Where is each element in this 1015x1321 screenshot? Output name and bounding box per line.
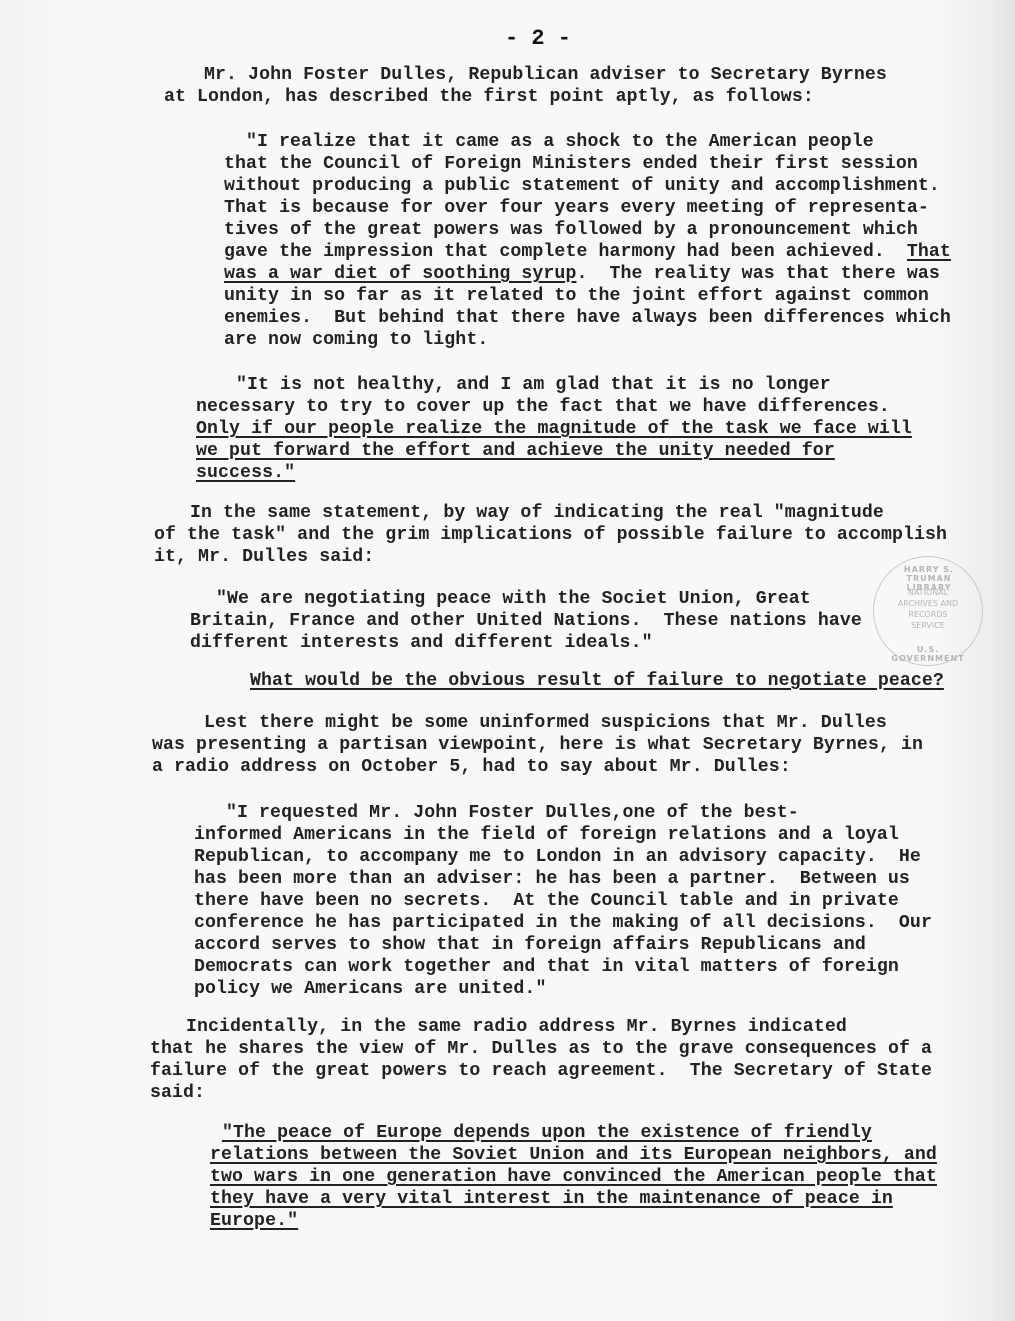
p3-line-2: was presenting a partisan viewpoint, her… [152, 734, 923, 756]
q1-line-7-rest: . The reality was that there was [576, 264, 939, 284]
q2-line-2: necessary to try to cover up the fact th… [196, 396, 890, 418]
truman-library-stamp: HARRY S. TRUMAN LIBRARY NATIONAL ARCHIVE… [873, 556, 983, 666]
q4-line-1: "I requested Mr. John Foster Dulles,one … [226, 802, 799, 824]
q2-line-1: "It is not healthy, and I am glad that i… [236, 374, 831, 396]
stamp-center-line-1: NATIONAL [874, 587, 982, 598]
section-question-heading: What would be the obvious result of fail… [250, 670, 944, 692]
q1-line-5: tives of the great powers was followed b… [224, 219, 918, 241]
q4-line-2: informed Americans in the field of forei… [194, 824, 899, 846]
underlined-that: That [907, 242, 951, 262]
p1-line-1: Mr. John Foster Dulles, Republican advis… [204, 64, 887, 86]
q4-line-6: conference he has participated in the ma… [194, 912, 932, 934]
q4-line-8: Democrats can work together and that in … [194, 956, 899, 978]
document-page: - 2 - Mr. John Foster Dulles, Republican… [0, 0, 1015, 1321]
q1-line-4: That is because for over four years ever… [224, 197, 929, 219]
q1-line-6-text: gave the impression that complete harmon… [224, 242, 885, 262]
p4-line-3: failure of the great powers to reach agr… [150, 1060, 932, 1082]
p4-line-1: Incidentally, in the same radio address … [186, 1016, 847, 1038]
q1-line-2: that the Council of Foreign Ministers en… [224, 153, 918, 175]
q1-line-1: "I realize that it came as a shock to th… [246, 131, 874, 153]
p3-line-1: Lest there might be some uninformed susp… [204, 712, 887, 734]
p2-line-1: In the same statement, by way of indicat… [190, 502, 884, 524]
q5-line-2: relations between the Soviet Union and i… [210, 1144, 937, 1166]
q1-line-7: was a war diet of soothing syrup. The re… [224, 263, 940, 285]
q1-line-3: without producing a public statement of … [224, 175, 940, 197]
q5-line-3: two wars in one generation have convince… [210, 1166, 937, 1188]
p4-line-4: said: [150, 1082, 205, 1104]
stamp-center-line-2: ARCHIVES AND [874, 598, 982, 609]
stamp-ring-bottom: U.S. GOVERNMENT [888, 645, 968, 663]
q5-line-1: "The peace of Europe depends upon the ex… [222, 1122, 872, 1144]
q3-line-1: "We are negotiating peace with the Socie… [216, 588, 811, 610]
q1-line-8: unity in so far as it related to the joi… [224, 285, 929, 307]
q5-line-4: they have a very vital interest in the m… [210, 1188, 893, 1210]
q1-line-6: gave the impression that complete harmon… [224, 241, 951, 263]
stamp-center-line-4: SERVICE [874, 620, 982, 631]
stamp-center-line-3: RECORDS [874, 609, 982, 620]
p3-line-3: a radio address on October 5, had to say… [152, 756, 791, 778]
stamp-center: NATIONAL ARCHIVES AND RECORDS SERVICE [874, 587, 982, 631]
q1-line-9: enemies. But behind that there have alwa… [224, 307, 951, 329]
q4-line-9: policy we Americans are united." [194, 978, 546, 1000]
q4-line-7: accord serves to show that in foreign af… [194, 934, 866, 956]
q3-line-3: different interests and different ideals… [190, 632, 653, 654]
p1-line-2: at London, has described the first point… [164, 86, 814, 108]
underlined-soothing-syrup: was a war diet of soothing syrup [224, 264, 576, 284]
q4-line-4: has been more than an adviser: he has be… [194, 868, 910, 890]
q4-line-5: there have been no secrets. At the Counc… [194, 890, 899, 912]
q2-line-5: success." [196, 462, 295, 484]
q5-line-5: Europe." [210, 1210, 298, 1232]
page-number: - 2 - [505, 26, 571, 51]
q2-line-3: Only if our people realize the magnitude… [196, 418, 912, 440]
p4-line-2: that he shares the view of Mr. Dulles as… [150, 1038, 932, 1060]
q2-line-4: we put forward the effort and achieve th… [196, 440, 835, 462]
p2-line-3: it, Mr. Dulles said: [154, 546, 374, 568]
p2-line-2: of the task" and the grim implications o… [154, 524, 947, 546]
q1-line-10: are now coming to light. [224, 329, 488, 351]
q4-line-3: Republican, to accompany me to London in… [194, 846, 921, 868]
q3-line-2: Britain, France and other United Nations… [190, 610, 862, 632]
